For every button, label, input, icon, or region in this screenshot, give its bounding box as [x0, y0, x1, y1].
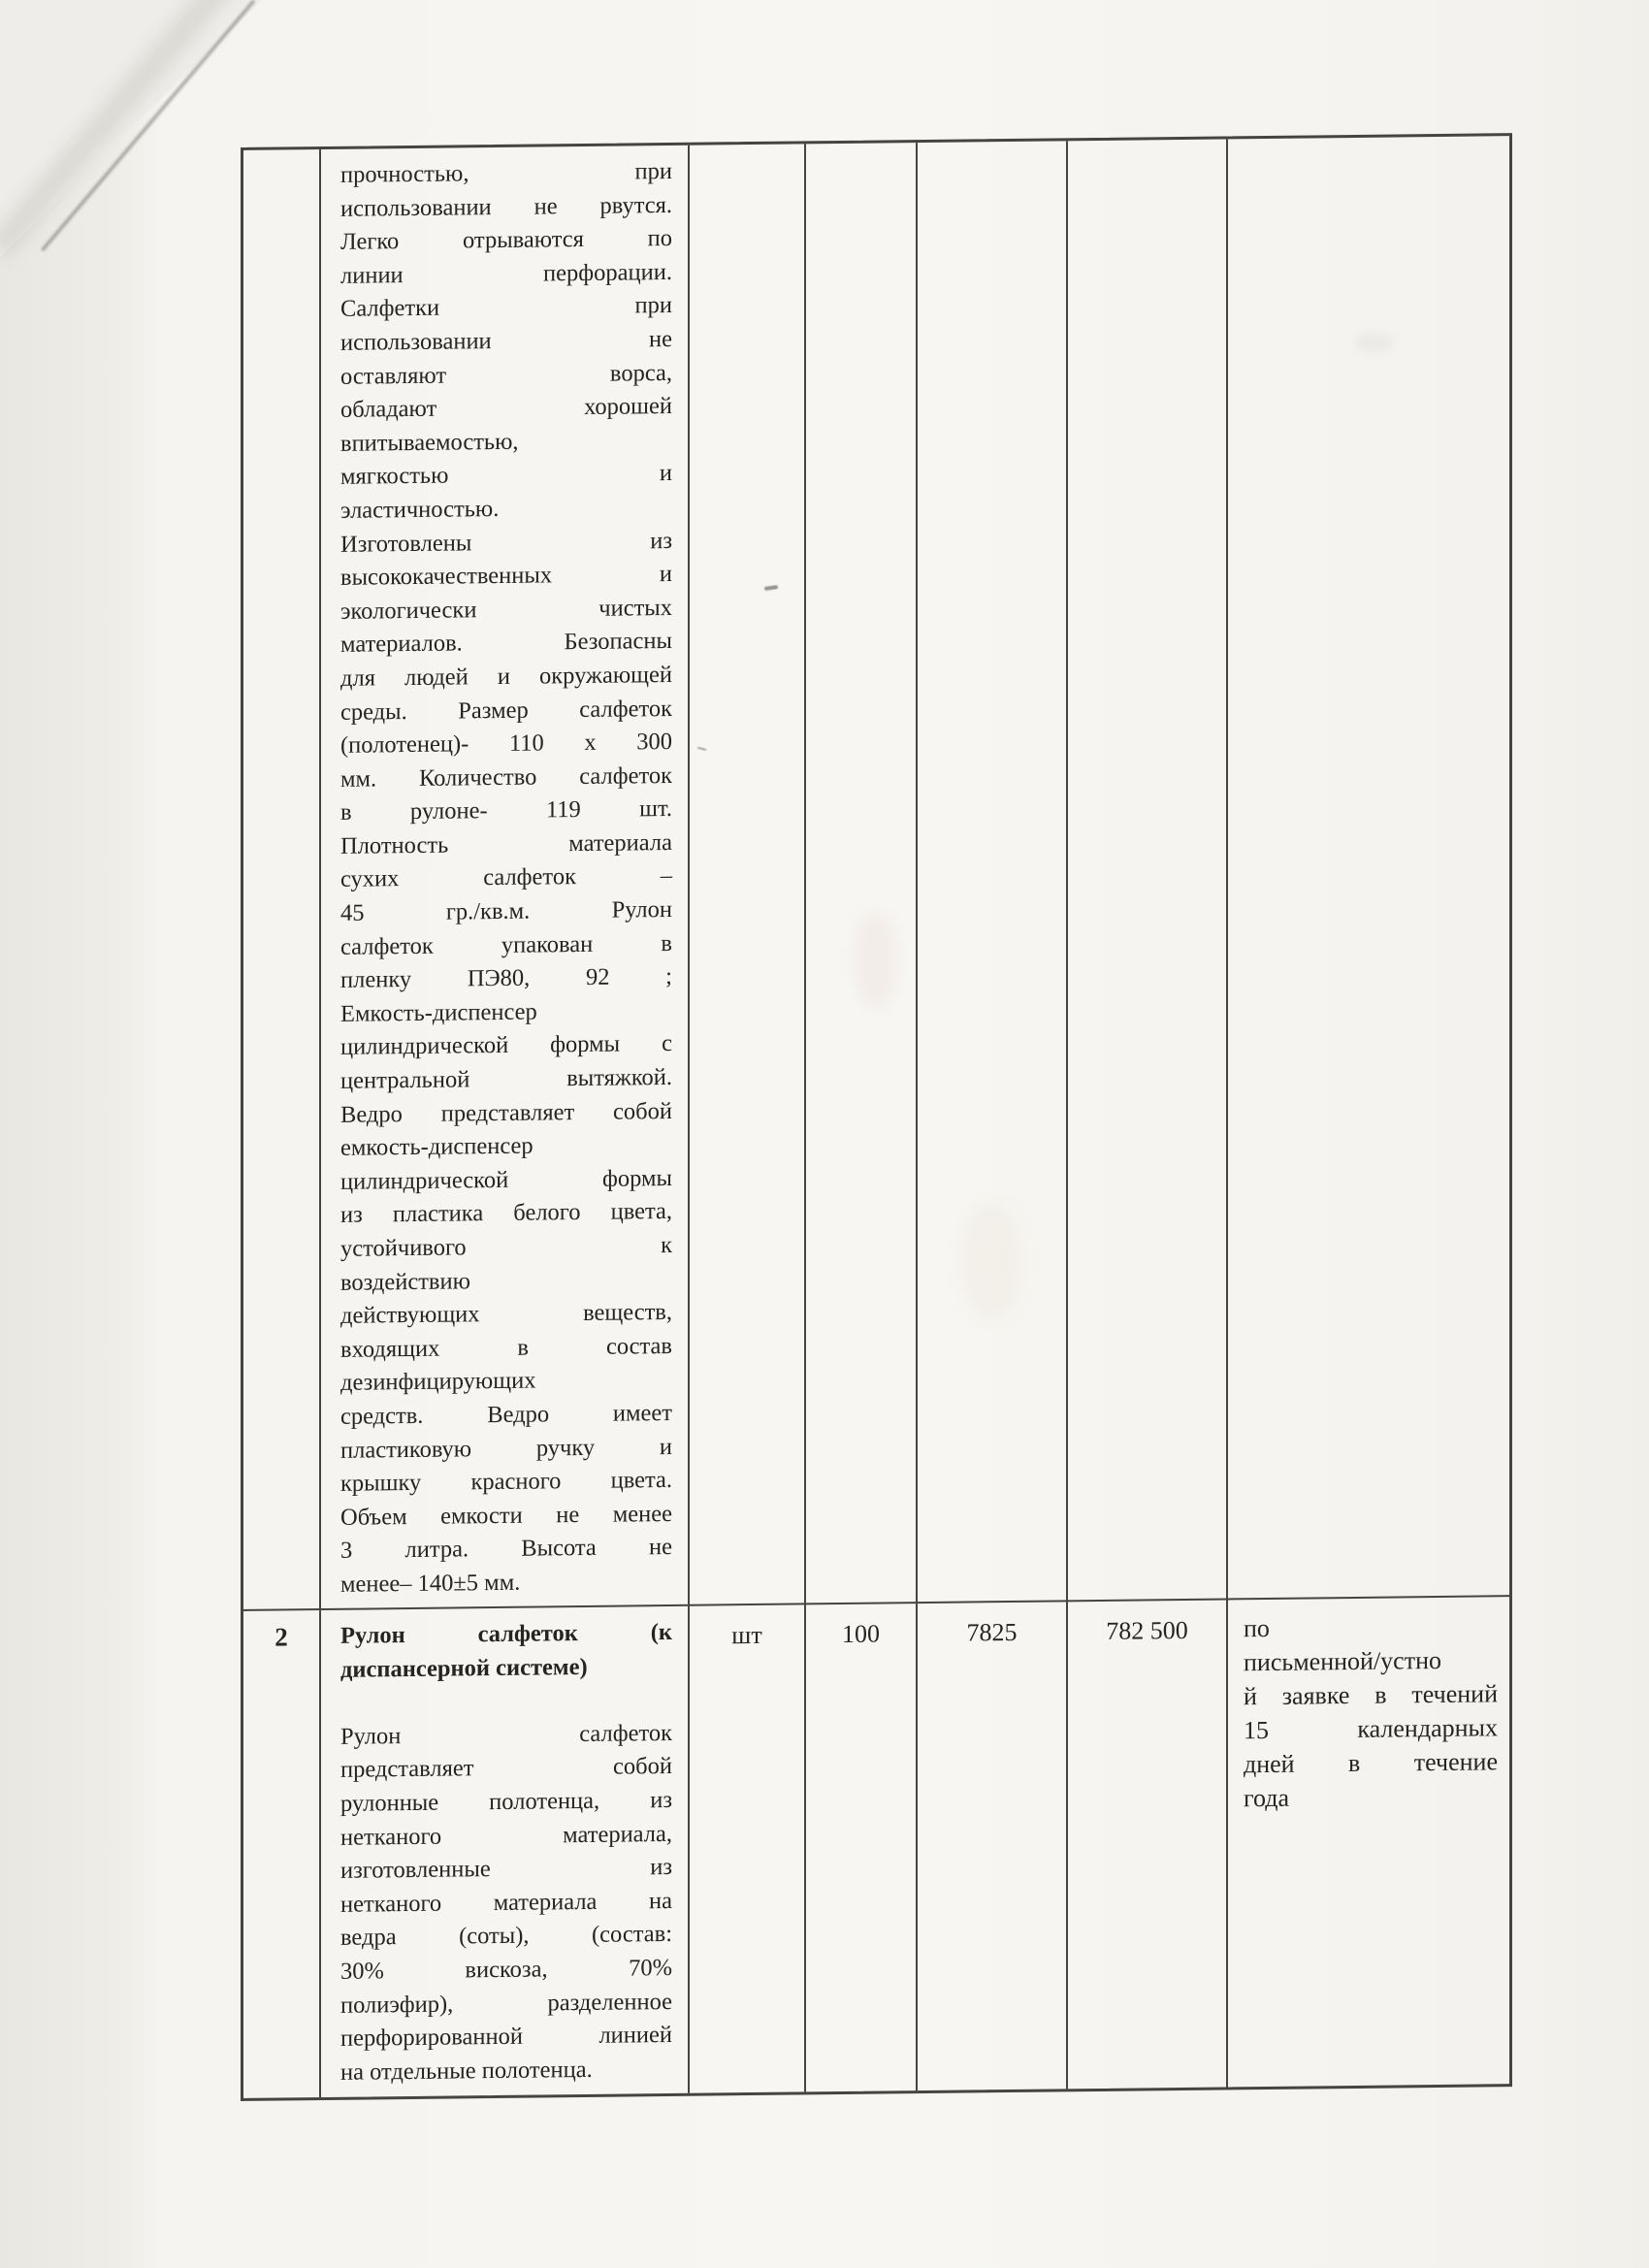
quantity-value: 100 [842, 1620, 880, 1648]
description-text: прочностью, прииспользовании не рвутся.Л… [340, 155, 672, 1602]
description-cell: прочностью, прииспользовании не рвутся.Л… [321, 146, 690, 1610]
description-cell: Рулон салфеток (кдиспансерной системе) Р… [321, 1606, 690, 2097]
unit-price-cell [918, 141, 1068, 1604]
delivery-terms-text [1244, 147, 1498, 150]
delivery-terms-text: пописьменной/устной заявке в течений15 к… [1244, 1608, 1498, 1815]
item-title-text: Рулон салфеток (кдиспансерной системе) [340, 1616, 672, 1687]
products-table: прочностью, прииспользовании не рвутся.Л… [241, 133, 1512, 2101]
delivery-terms-cell [1228, 136, 1509, 1600]
delivery-terms-cell: пописьменной/устной заявке в течений15 к… [1228, 1597, 1509, 2087]
item-number: 2 [275, 1622, 288, 1651]
unit-price-cell: 7825 [918, 1602, 1068, 2090]
quantity-cell [806, 143, 918, 1604]
unit-cell: шт [690, 1604, 806, 2092]
unit-price-value: 7825 [967, 1618, 1018, 1647]
item-number-cell [243, 149, 321, 1611]
item-number-cell: 2 [243, 1610, 321, 2098]
description-text: Рулон салфетокпредставляет собойрулонные… [340, 1683, 672, 2090]
total-cell: 782 500 [1068, 1600, 1228, 2089]
unit-cell [690, 144, 806, 1605]
unit-value: шт [731, 1621, 761, 1649]
total-value: 782 500 [1106, 1616, 1188, 1645]
quantity-cell: 100 [806, 1604, 918, 2091]
scanned-page: { "colors": { "paper": "#f7f6f2", "scann… [0, 0, 1649, 2268]
total-cell [1068, 139, 1228, 1602]
